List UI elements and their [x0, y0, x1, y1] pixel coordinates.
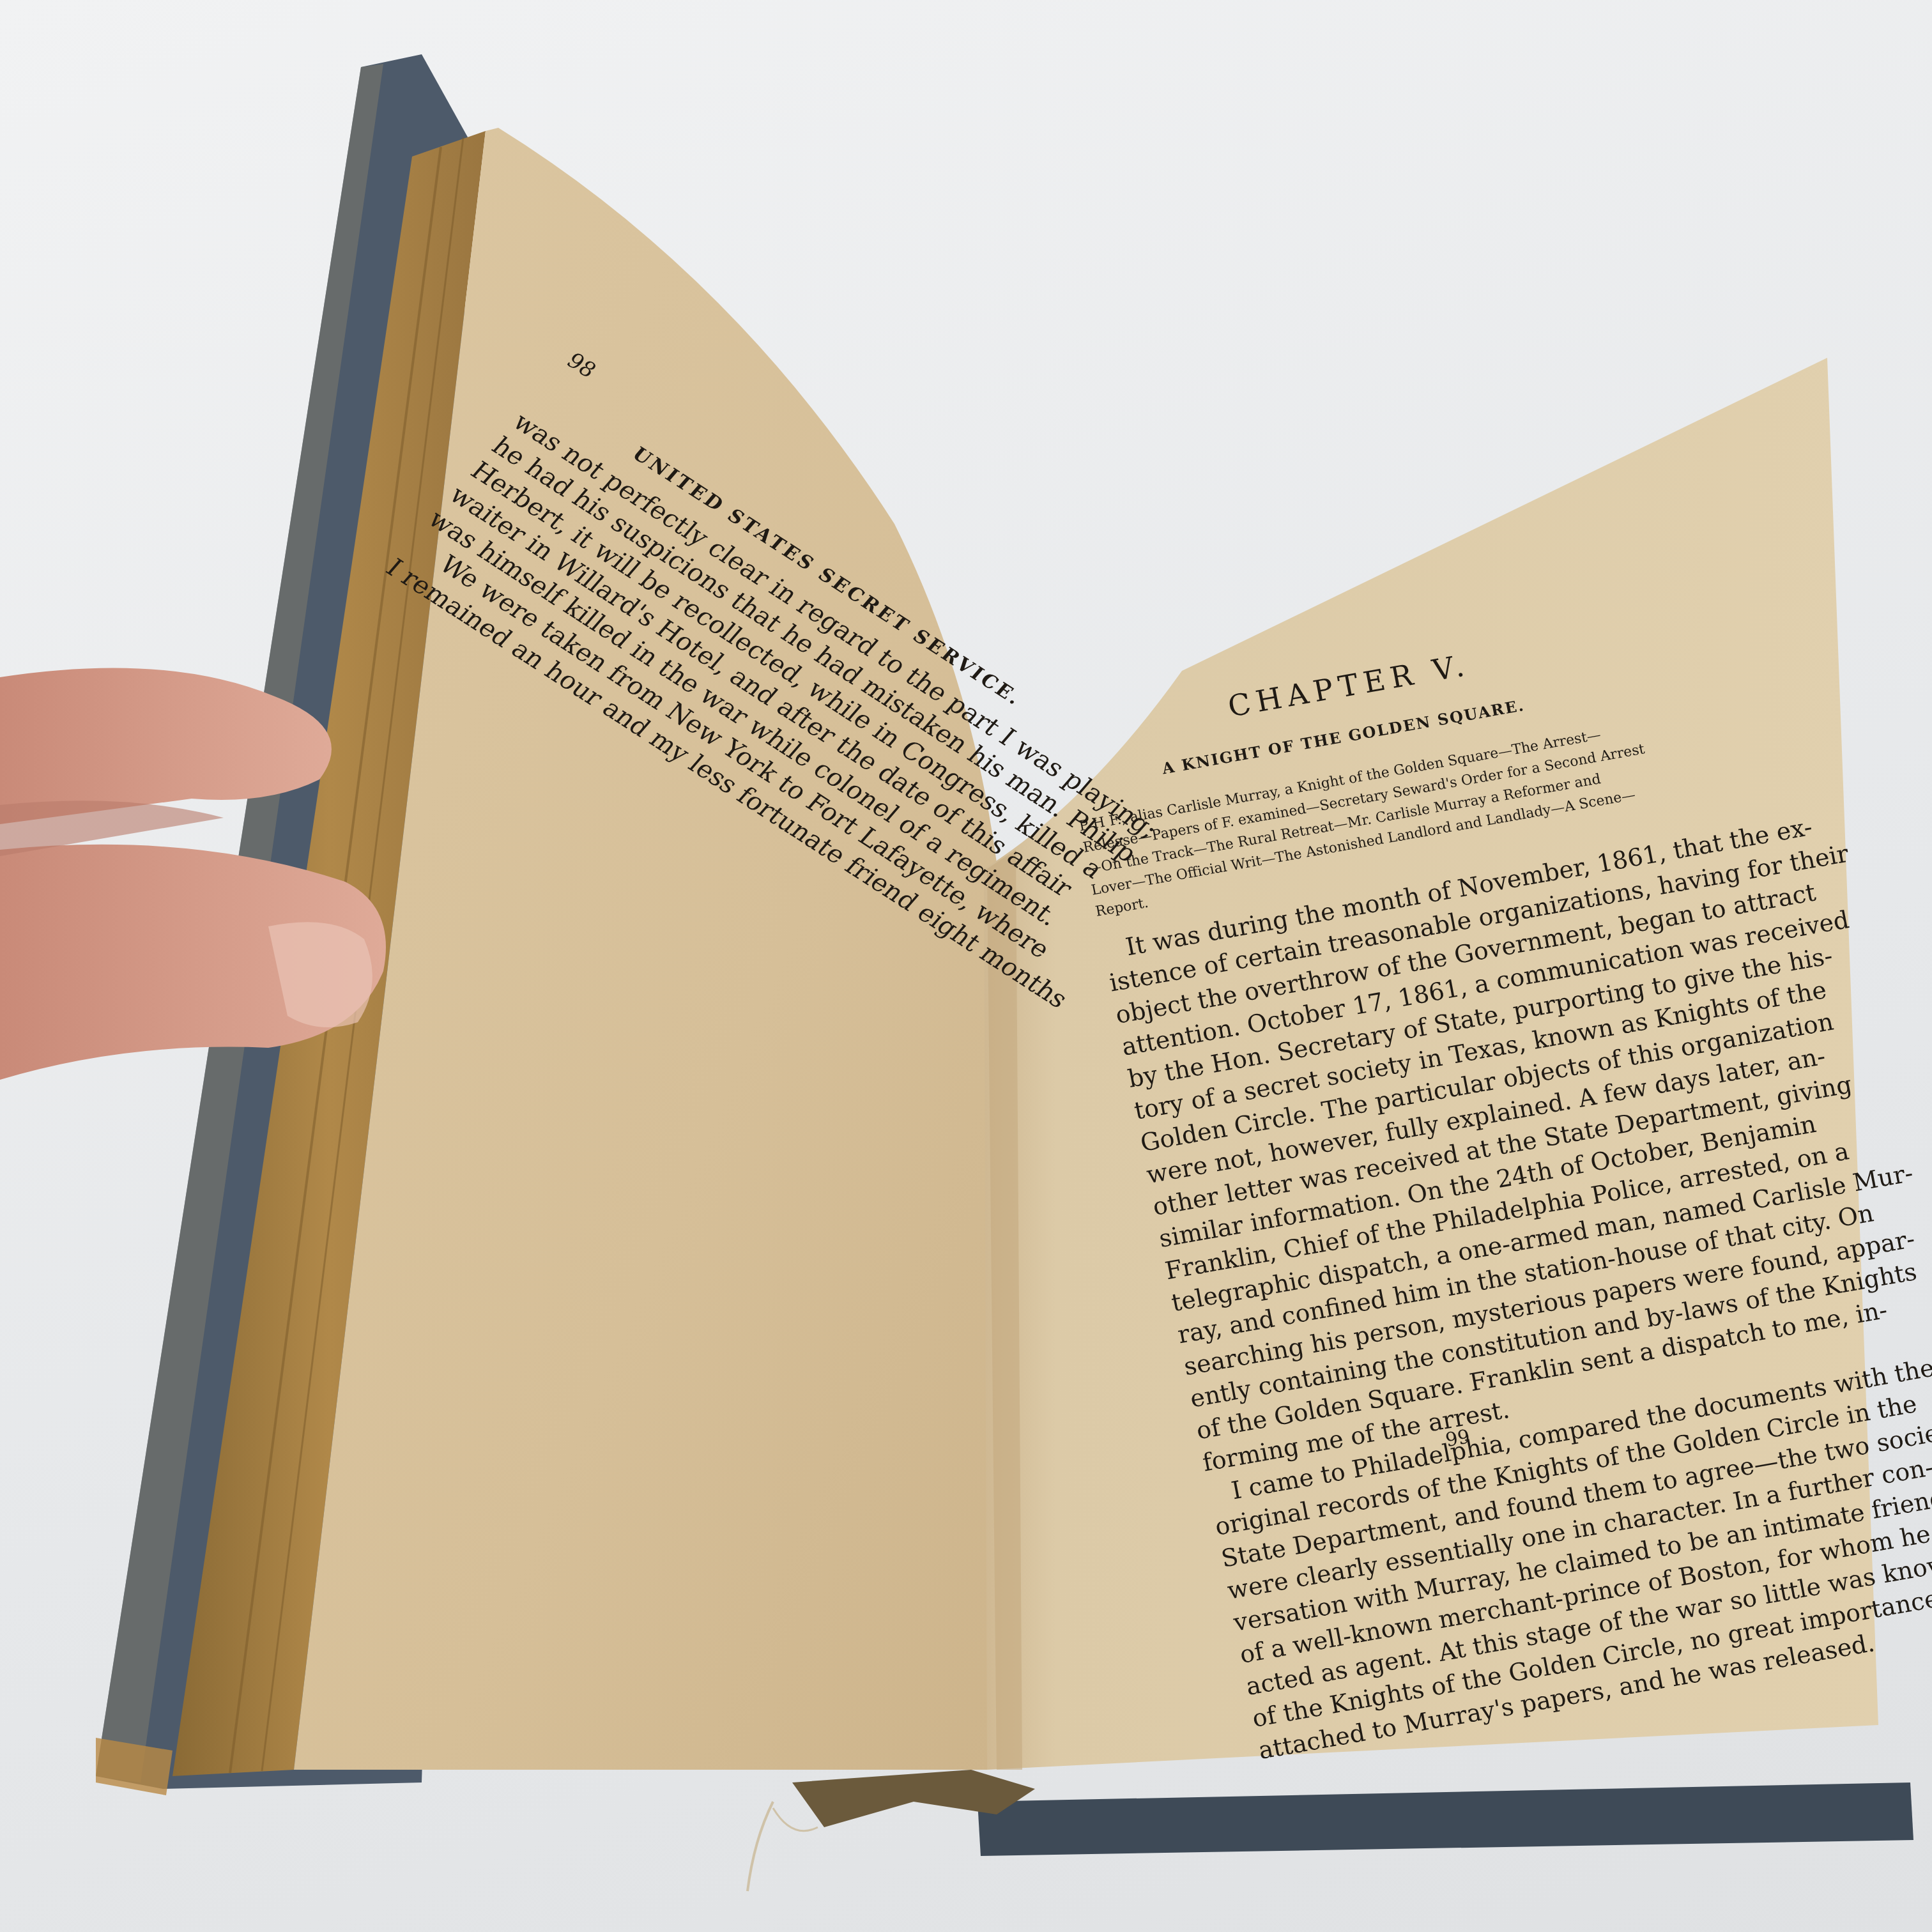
back-cover — [977, 1782, 1913, 1856]
right-page-number: 99 — [1444, 1425, 1472, 1452]
